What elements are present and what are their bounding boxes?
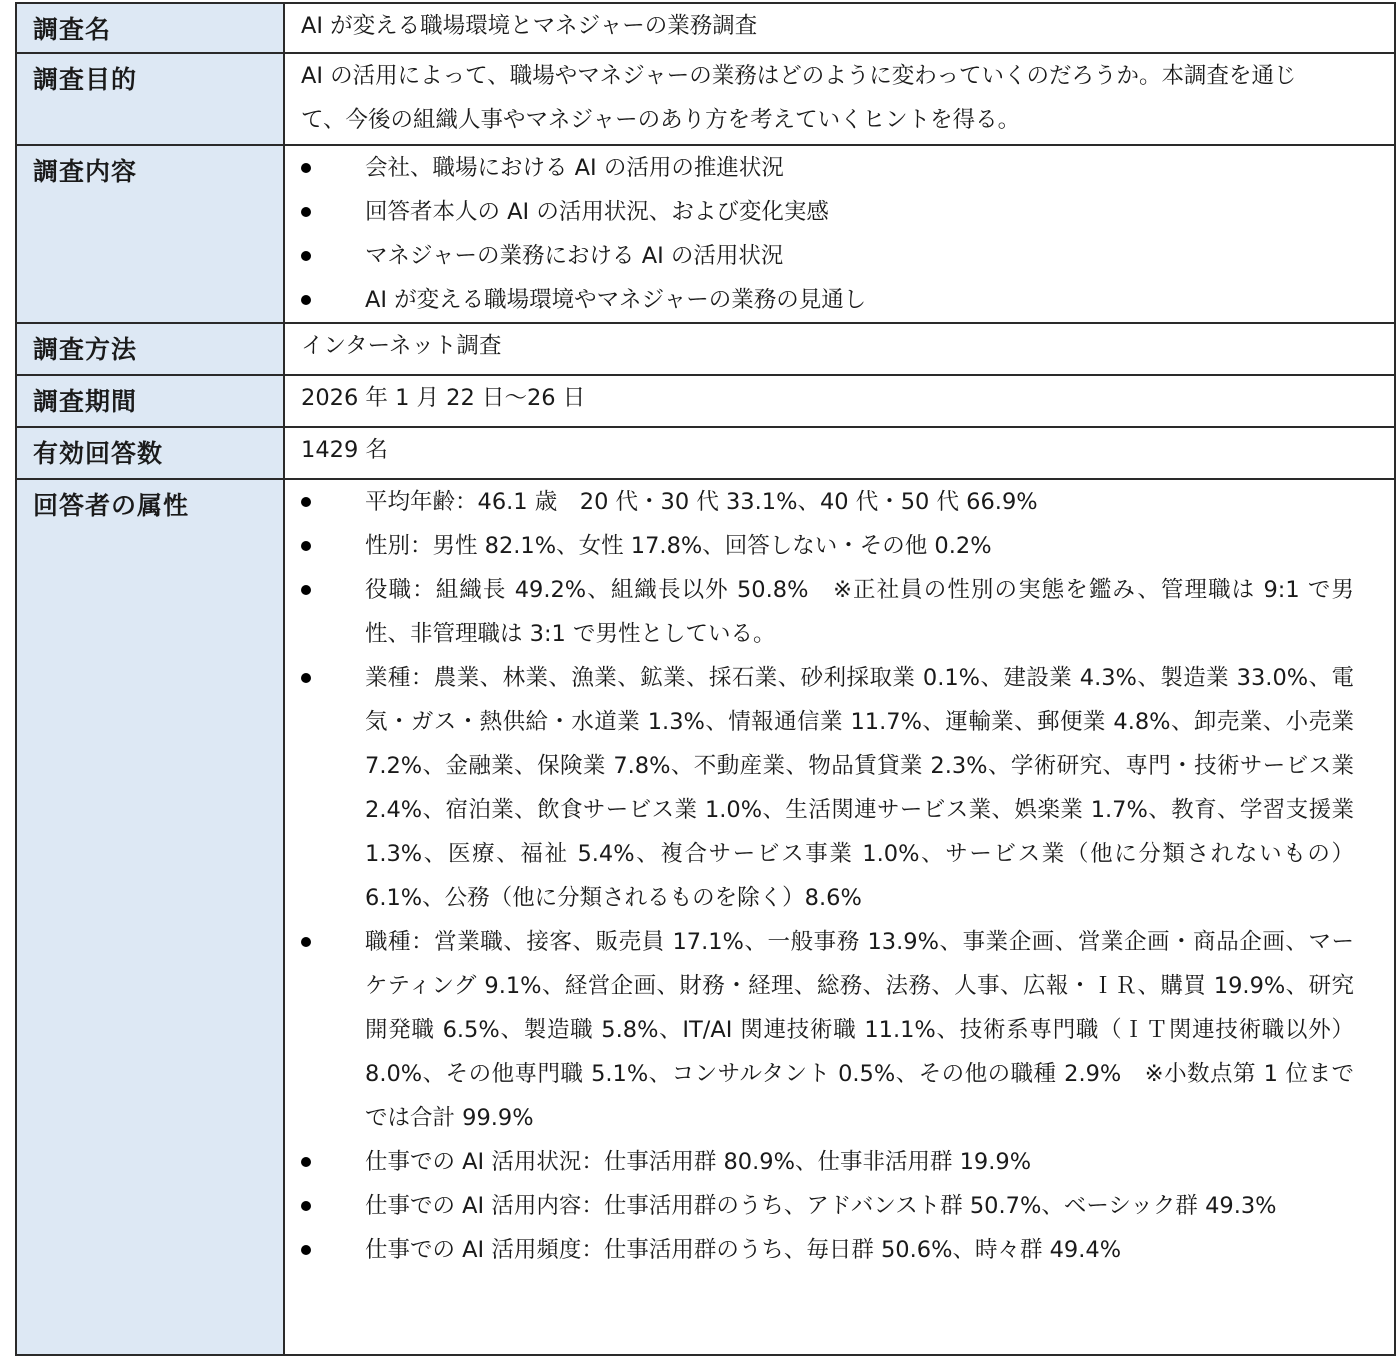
- table-row-survey-name: 調査名 AI が変える職場環境とマネジャーの業務調査: [16, 3, 1395, 53]
- bullet-icon: [301, 1245, 311, 1255]
- list-item: 会社、職場における AI の活用の推進状況: [301, 146, 1394, 190]
- bullet-icon: [301, 673, 311, 683]
- row-label: 調査名: [16, 3, 284, 53]
- list-item: 業種：農業、林業、漁業、鉱業、採石業、砂利採取業 0.1%、建設業 4.3%、製…: [301, 656, 1394, 920]
- list-item: 役職：組織長 49.2%、組織長以外 50.8% ※正社員の性別の実態を鑑み、管…: [301, 568, 1394, 656]
- row-label: 回答者の属性: [16, 479, 284, 1350]
- survey-name-text: AI が変える職場環境とマネジャーの業務調査: [301, 4, 1394, 48]
- table-row-attributes: 回答者の属性 平均年齢：46.1 歳 20 代・30 代 33.1%、40 代・…: [16, 479, 1395, 1350]
- valid-responses-text: 1429 名: [301, 428, 1394, 472]
- list-item: AI が変える職場環境やマネジャーの業務の見通し: [301, 278, 1394, 322]
- row-value: 2026 年 1 月 22 日～26 日: [284, 375, 1395, 427]
- bullet-icon: [301, 497, 311, 507]
- row-value: 1429 名: [284, 427, 1395, 479]
- method-text: インターネット調査: [301, 324, 1394, 368]
- survey-overview-table: 調査名 AI が変える職場環境とマネジャーの業務調査 調査目的 AI の活用によ…: [15, 2, 1396, 1350]
- row-value: AI が変える職場環境とマネジャーの業務調査: [284, 3, 1395, 53]
- list-item: 仕事での AI 活用状況：仕事活用群 80.9%、仕事非活用群 19.9%: [301, 1140, 1394, 1184]
- period-text: 2026 年 1 月 22 日～26 日: [301, 376, 1394, 420]
- bullet-icon: [301, 251, 311, 261]
- bullet-icon: [301, 585, 311, 595]
- list-item: 仕事での AI 活用内容：仕事活用群のうち、アドバンスト群 50.7%、ベーシッ…: [301, 1184, 1394, 1228]
- table-row-method: 調査方法 インターネット調査: [16, 323, 1395, 375]
- list-item: 平均年齢：46.1 歳 20 代・30 代 33.1%、40 代・50 代 66…: [301, 480, 1394, 524]
- table-row-content: 調査内容 会社、職場における AI の活用の推進状況 回答者本人の AI の活用…: [16, 145, 1395, 323]
- bullet-icon: [301, 163, 311, 173]
- list-item: 仕事での AI 活用頻度：仕事活用群のうち、毎日群 50.6%、時々群 49.4…: [301, 1228, 1394, 1272]
- bullet-icon: [301, 295, 311, 305]
- bullet-icon: [301, 1157, 311, 1167]
- purpose-text: AI の活用によって、職場やマネジャーの業務はどのように変わっていくのだろうか。…: [301, 54, 1394, 142]
- bullet-icon: [301, 937, 311, 947]
- bullet-icon: [301, 541, 311, 551]
- row-value: 平均年齢：46.1 歳 20 代・30 代 33.1%、40 代・50 代 66…: [284, 479, 1395, 1350]
- row-label: 調査期間: [16, 375, 284, 427]
- row-label: 調査方法: [16, 323, 284, 375]
- table-row-period: 調査期間 2026 年 1 月 22 日～26 日: [16, 375, 1395, 427]
- list-item: マネジャーの業務における AI の活用状況: [301, 234, 1394, 278]
- row-value: インターネット調査: [284, 323, 1395, 375]
- row-label: 調査内容: [16, 145, 284, 323]
- attributes-list: 平均年齢：46.1 歳 20 代・30 代 33.1%、40 代・50 代 66…: [301, 480, 1394, 1272]
- table-row-purpose: 調査目的 AI の活用によって、職場やマネジャーの業務はどのように変わっていくの…: [16, 53, 1395, 145]
- list-item: 性別：男性 82.1%、女性 17.8%、回答しない・その他 0.2%: [301, 524, 1394, 568]
- bullet-icon: [301, 207, 311, 217]
- row-label: 調査目的: [16, 53, 284, 145]
- row-value: 会社、職場における AI の活用の推進状況 回答者本人の AI の活用状況、およ…: [284, 145, 1395, 323]
- list-item: 職種：営業職、接客、販売員 17.1%、一般事務 13.9%、事業企画、営業企画…: [301, 920, 1394, 1140]
- row-label: 有効回答数: [16, 427, 284, 479]
- list-item: 回答者本人の AI の活用状況、および変化実感: [301, 190, 1394, 234]
- content-list: 会社、職場における AI の活用の推進状況 回答者本人の AI の活用状況、およ…: [301, 146, 1394, 322]
- bullet-icon: [301, 1201, 311, 1211]
- table-row-valid-responses: 有効回答数 1429 名: [16, 427, 1395, 479]
- survey-overview-sheet: 調査名 AI が変える職場環境とマネジャーの業務調査 調査目的 AI の活用によ…: [15, 2, 1396, 1350]
- row-value: AI の活用によって、職場やマネジャーの業務はどのように変わっていくのだろうか。…: [284, 53, 1395, 145]
